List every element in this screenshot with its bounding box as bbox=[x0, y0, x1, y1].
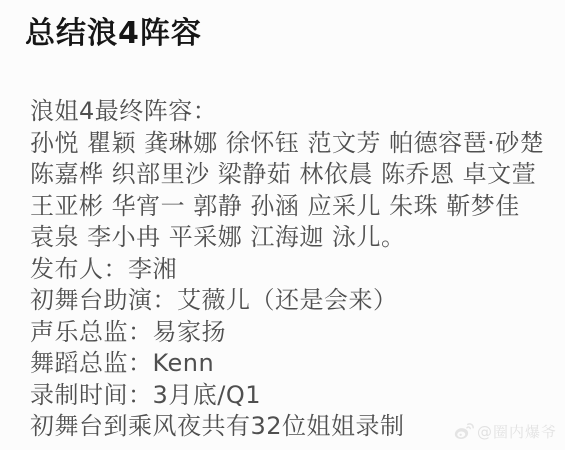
lineup-names-line-4: 袁泉 李小冉 平采娜 江海迦 泳儿。 bbox=[30, 222, 550, 254]
weibo-watermark: @圈内爆爷 bbox=[454, 421, 557, 442]
guest-performer-line: 初舞台助演：艾薇儿（还是会来） bbox=[30, 285, 550, 317]
lineup-names-line-2: 陈嘉桦 织部里沙 梁静茹 林依晨 陈乔恩 卓文萱 bbox=[30, 159, 550, 191]
page-title: 总结浪4阵容 bbox=[25, 16, 202, 52]
watermark-handle: @圈内爆爷 bbox=[477, 421, 557, 442]
host-line: 发布人：李湘 bbox=[30, 254, 550, 286]
lineup-names-line-1: 孙悦 瞿颖 龚琳娜 徐怀钰 范文芳 帕德容琶·砂楚 bbox=[30, 128, 550, 160]
dance-director-line: 舞蹈总监：Kenn bbox=[30, 348, 550, 380]
weibo-logo-icon bbox=[454, 423, 474, 440]
text-screenshot: { "page": { "title": "总结浪4阵容" }, "post":… bbox=[0, 0, 565, 450]
post-body: 浪姐4最终阵容： 孙悦 瞿颖 龚琳娜 徐怀钰 范文芳 帕德容琶·砂楚 陈嘉桦 织… bbox=[30, 96, 550, 443]
vocal-director-line: 声乐总监：易家扬 bbox=[30, 317, 550, 349]
recording-time-line: 录制时间：3月底/Q1 bbox=[30, 380, 550, 412]
lineup-names-line-3: 王亚彬 华宵一 郭静 孙涵 应采儿 朱珠 靳梦佳 bbox=[30, 191, 550, 223]
lineup-heading-line: 浪姐4最终阵容： bbox=[30, 96, 550, 128]
